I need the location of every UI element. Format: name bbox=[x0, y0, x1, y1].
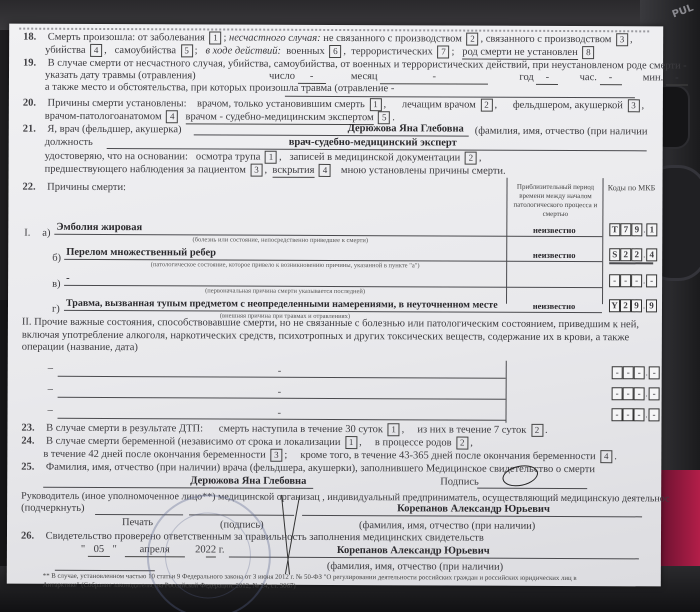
underline-hint: (подчеркнуть) bbox=[21, 502, 85, 515]
cause-row-period[interactable]: неизвестно bbox=[508, 224, 600, 237]
checkbox-basis-records[interactable]: 2 bbox=[465, 152, 477, 165]
checkbox-cause-by-attending[interactable]: 2 bbox=[480, 99, 492, 112]
cause-row-period[interactable]: неизвестно bbox=[508, 300, 600, 313]
column-header-period: Приблизительный период времени между нач… bbox=[510, 183, 600, 219]
cause-row-value[interactable]: Перелом множественный ребер bbox=[66, 246, 216, 260]
checkbox-dtp-7-days[interactable]: 2 bbox=[531, 424, 543, 437]
fio-hint: (фамилия, имя, отчество (при наличии bbox=[475, 125, 648, 139]
checkbox-basis-observation[interactable]: 3 bbox=[251, 164, 263, 177]
icd-code[interactable]: S 2 2 . 4 bbox=[609, 248, 657, 261]
signature-label: Подпись bbox=[440, 475, 479, 488]
cause-row-value[interactable]: - bbox=[66, 272, 70, 285]
checkbox-dtp-30-days[interactable]: 1 bbox=[388, 423, 400, 436]
injury-minute-field[interactable]: - bbox=[666, 71, 688, 85]
death-certificate-page: 18. Смерть произошла: от заболевания 1; … bbox=[7, 24, 663, 587]
cause-row-letter: в) bbox=[52, 278, 61, 291]
cause-row-letter: а) bbox=[42, 227, 50, 240]
checkbox-42-days[interactable]: 3 bbox=[270, 449, 282, 462]
checkbox-military[interactable]: 6 bbox=[329, 45, 341, 58]
position-label: должность bbox=[45, 136, 93, 149]
cause-row-hint: (первоначальная причина смерти указывает… bbox=[64, 287, 506, 296]
cause-row-letter: б) bbox=[52, 252, 61, 265]
injury-hour-field[interactable]: - bbox=[599, 71, 621, 85]
doctor-name-field[interactable]: Дерюжова Яна Глебовна bbox=[194, 121, 464, 135]
head-label: Руководитель (иное уполномоченное лицо**… bbox=[21, 490, 669, 506]
section-ii-text: II. Прочие важные состояния, способствов… bbox=[22, 317, 642, 357]
checkbox-disease[interactable]: 1 bbox=[209, 32, 221, 45]
footnote-line2: Антарктике" (Собрание законодательства Р… bbox=[43, 581, 296, 591]
other-row-lead: – bbox=[48, 362, 53, 375]
cause-row-hint: (болезнь или состояние, непосредственно … bbox=[54, 236, 506, 245]
checkbox-during-birth[interactable]: 2 bbox=[456, 437, 468, 450]
icd-code[interactable]: - - - . - bbox=[609, 274, 657, 287]
checkbox-accident-work[interactable]: 3 bbox=[616, 33, 628, 46]
item-21-line1: 21. Я, врач (фельдшер, акушерка) bbox=[23, 123, 182, 137]
other-row-lead: – bbox=[48, 404, 53, 417]
other-icd-code[interactable]: - - - . - bbox=[612, 387, 660, 400]
section-i-label: I. bbox=[24, 227, 30, 240]
cause-row-hint: (патологическое состояние, которое приве… bbox=[64, 261, 506, 270]
checkbox-suicide[interactable]: 5 bbox=[181, 44, 193, 57]
other-icd-code[interactable]: - - - . - bbox=[611, 408, 659, 421]
checkbox-murder[interactable]: 4 bbox=[90, 44, 102, 57]
icd-code[interactable]: T 7 9 . 1 bbox=[609, 223, 657, 236]
checkbox-undetermined[interactable]: 8 bbox=[582, 46, 594, 59]
item-22-title: 22. Причины смерти: bbox=[22, 181, 126, 194]
checkbox-basis-exam[interactable]: 1 bbox=[265, 151, 277, 164]
checkbox-cause-by-pathologist[interactable]: 4 bbox=[166, 110, 178, 123]
certifier-name-field[interactable]: Дерюжова Яна Глебовна bbox=[190, 474, 306, 488]
checkbox-43-365-days[interactable]: 4 bbox=[600, 450, 612, 463]
checkbox-pregnancy[interactable]: 1 bbox=[345, 436, 357, 449]
item-19-line3: а также место и обстоятельства, при кото… bbox=[45, 81, 394, 96]
item-21-basis2: предшествующего наблюдения за пациентом … bbox=[45, 163, 506, 179]
checker-fio-hint: (фамилия, имя, отчество (при наличии) bbox=[327, 560, 503, 574]
cause-row-period[interactable]: неизвестно bbox=[508, 249, 600, 262]
other-icd-code[interactable]: - - - . - bbox=[612, 366, 660, 379]
checkbox-terror[interactable]: 7 bbox=[437, 46, 449, 59]
injury-year-field[interactable]: - bbox=[536, 71, 558, 85]
cause-row-letter: г) bbox=[52, 303, 60, 316]
checker-name-field[interactable]: Корепанов Александр Юрьевич bbox=[337, 544, 490, 558]
checkbox-basis-autopsy[interactable]: 4 bbox=[319, 164, 331, 177]
other-row-lead: – bbox=[48, 383, 53, 396]
checkbox-cause-by-certifier[interactable]: 1 bbox=[369, 98, 381, 111]
head-name-field[interactable]: Корепанов Александр Юрьевич bbox=[397, 502, 550, 516]
column-header-icd-codes: Коды по МКБ bbox=[606, 183, 656, 192]
position-field[interactable]: врач-судебно-медицинский эксперт bbox=[289, 136, 457, 150]
icd-code[interactable]: Y 2 9 . 9 bbox=[609, 299, 657, 312]
checkbox-cause-by-paramedic[interactable]: 3 bbox=[628, 99, 640, 112]
stamp-label: Печать bbox=[122, 516, 153, 529]
injury-month-field[interactable]: - bbox=[380, 70, 488, 84]
check-day-field[interactable]: 05 bbox=[88, 543, 110, 557]
checkbox-accident-nonwork[interactable]: 2 bbox=[466, 33, 478, 46]
cause-row-value[interactable]: Эмболия жировая bbox=[56, 221, 142, 234]
